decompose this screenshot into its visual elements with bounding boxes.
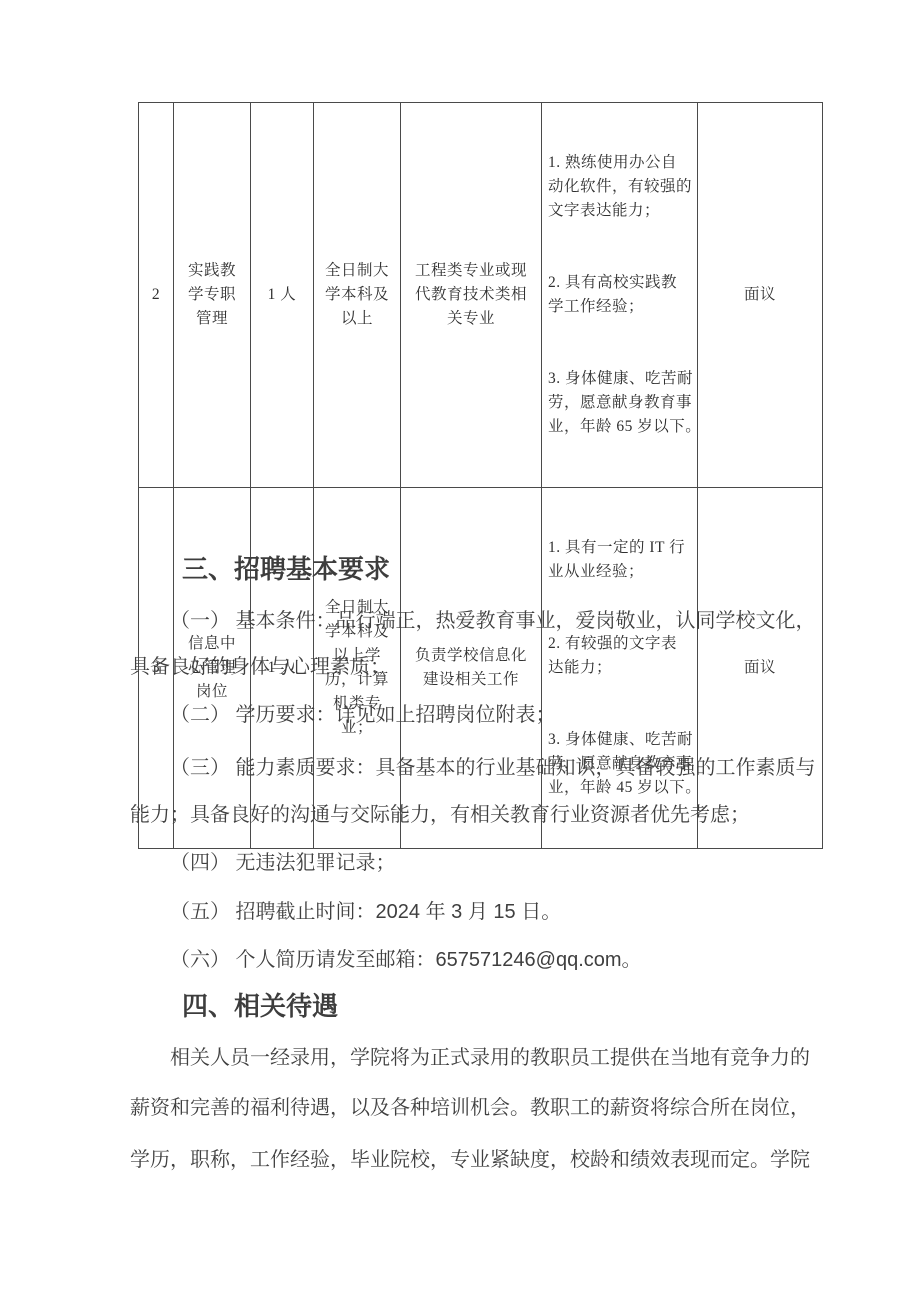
- section-heading-requirements: 三、招聘基本要求: [130, 552, 882, 586]
- cell-major-requirement: 工程类专业或现 代教育技术类相 关专业: [401, 103, 542, 488]
- paragraph-line: （五） 招聘截止时间：2024 年 3 月 15 日。: [130, 898, 870, 926]
- cell-headcount: 1 人: [251, 103, 314, 488]
- cell-position-name: 实践教 学专职 管理: [174, 103, 251, 488]
- section-heading-benefits: 四、相关待遇: [130, 989, 882, 1023]
- cell-salary: 面议: [698, 103, 823, 488]
- paragraph-line: （一） 基本条件：品行端正，热爱教育事业，爱岗敬业，认同学校文化，: [130, 607, 870, 635]
- cell-row-number: 2: [139, 103, 174, 488]
- paragraph-line: 学历，职称，工作经验，毕业院校，专业紧缺度，校龄和绩效表现而定。学院: [130, 1146, 830, 1174]
- document-page: 2 实践教 学专职 管理 1 人 全日制大 学本科及 以上 工程类专业或现 代教…: [0, 0, 921, 1303]
- paragraph-line: （四） 无违法犯罪记录；: [130, 849, 870, 877]
- paragraph-line: （三） 能力素质要求：具备基本的行业基础知识，具备较强的工作素质与: [130, 754, 870, 782]
- job-positions-table: 2 实践教 学专职 管理 1 人 全日制大 学本科及 以上 工程类专业或现 代教…: [138, 102, 823, 849]
- paragraph-line: 能力；具备良好的沟通与交际能力，有相关教育行业资源者优先考虑；: [130, 801, 830, 829]
- paragraph-line: 相关人员一经录用，学院将为正式录用的教职员工提供在当地有竞争力的: [130, 1044, 870, 1072]
- paragraph-line: 具备良好的身体与心理素质；: [130, 653, 830, 681]
- requirement-item: 1. 熟练使用办公自 动化软件，有较强的 文字表达能力；: [548, 151, 691, 223]
- requirement-item: 3. 身体健康、吃苦耐 劳，愿意献身教育事 业，年龄 65 岁以下。: [548, 367, 691, 439]
- cell-education-requirement: 全日制大 学本科及 以上: [314, 103, 401, 488]
- paragraph-line: （二） 学历要求：详见如上招聘岗位附表；: [130, 701, 870, 729]
- table-row: 2 实践教 学专职 管理 1 人 全日制大 学本科及 以上 工程类专业或现 代教…: [139, 103, 823, 488]
- paragraph-line: 薪资和完善的福利待遇，以及各种培训机会。教职工的薪资将综合所在岗位，: [130, 1094, 830, 1122]
- cell-job-requirements: 1. 熟练使用办公自 动化软件，有较强的 文字表达能力； 2. 具有高校实践教 …: [542, 103, 698, 488]
- requirement-item: 2. 具有高校实践教 学工作经验；: [548, 271, 691, 319]
- paragraph-line-email: （六） 个人简历请发至邮箱：657571246@qq.com。: [130, 946, 870, 974]
